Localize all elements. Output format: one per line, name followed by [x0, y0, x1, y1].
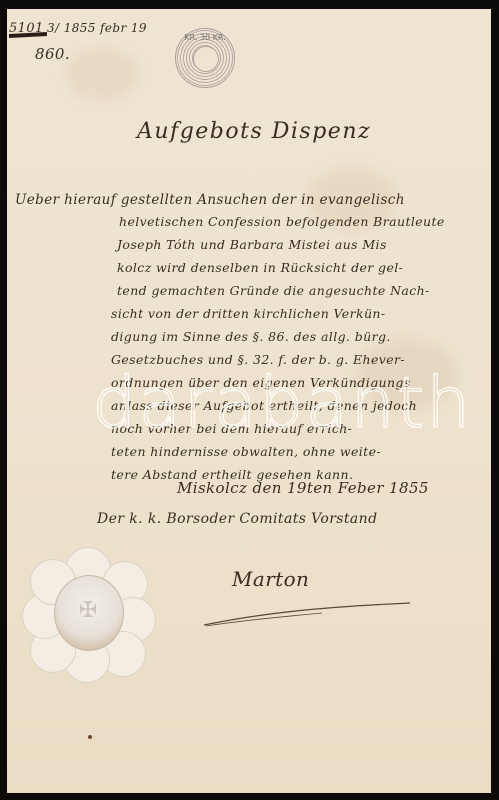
strikethrough-mark: [9, 32, 47, 38]
revenue-stamp: KR. 30 KR.: [175, 28, 235, 88]
wax-seal: ✠: [22, 547, 152, 677]
body-line: Joseph Tóth und Barbara Mistei aus Mis: [117, 237, 387, 252]
watermark: darabanth: [92, 362, 473, 444]
body-line: tend gemachten Gründe die angesuchte Nac…: [117, 283, 430, 298]
revenue-stamp-label: KR. 30 KR.: [176, 33, 234, 42]
registry-number: 860.: [35, 45, 70, 63]
ink-spot: [88, 735, 92, 739]
body-line: kolcz wird denselben in Rücksicht der ge…: [117, 260, 403, 275]
paper-stain: [67, 49, 137, 99]
issuing-authority: Der k. k. Borsoder Comitats Vorstand: [97, 511, 377, 527]
document-title: Aufgebots Dispenz: [137, 119, 371, 144]
body-line: Ueber hierauf gestellten Ansuchen der in…: [15, 192, 405, 208]
stamp-center: [193, 46, 219, 72]
body-line: sicht von der dritten kirchlichen Verkün…: [111, 306, 385, 321]
place-and-date: Miskolcz den 19ten Feber 1855: [177, 479, 429, 497]
signature-flourish: [202, 599, 412, 629]
reference-date: 3/ 1855 febr 19: [47, 21, 147, 35]
body-line: teten hindernisse obwalten, ohne weite-: [111, 444, 381, 459]
body-line: helvetischen Confession befolgenden Brau…: [119, 214, 445, 229]
signature: Marton: [232, 567, 309, 591]
eagle-emblem-icon: ✠: [74, 597, 102, 625]
body-line: digung im Sinne des §. 86. des allg. bür…: [111, 329, 391, 344]
